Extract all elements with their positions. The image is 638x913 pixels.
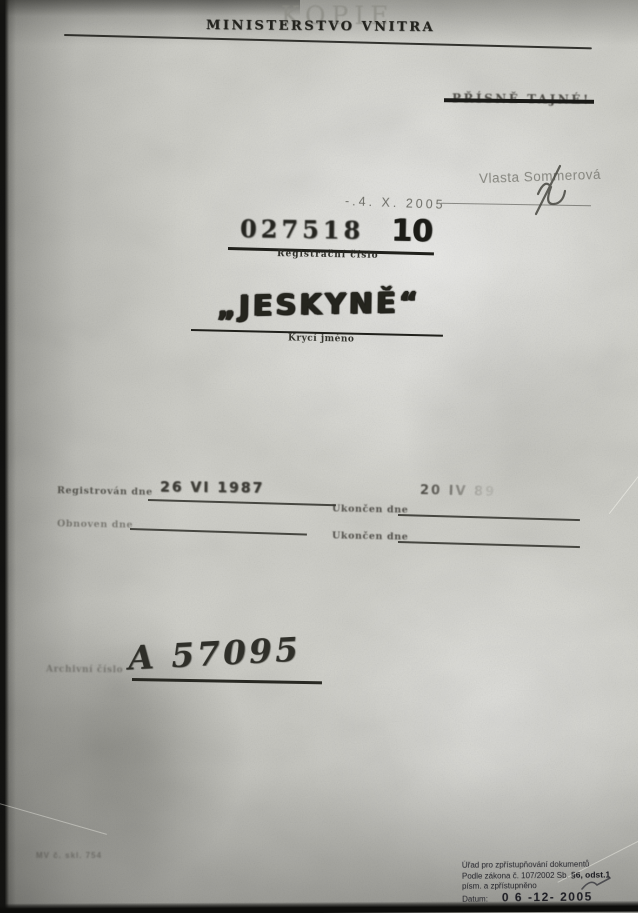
registered-date-stamp: 26 VI 1987 xyxy=(160,479,264,496)
ministry-header: MINISTERSTVO VNITRA xyxy=(206,18,435,35)
scan-scratch-line xyxy=(0,802,107,835)
date-value-stamp: 0 6 -12- 2005 xyxy=(502,892,593,903)
ended-date-line-second xyxy=(398,541,580,548)
archive-number-handwritten: A 57095 xyxy=(127,630,302,678)
archive-number-underline xyxy=(132,678,322,684)
handwritten-check-mark xyxy=(580,876,614,894)
scanned-registration-protocol-page: KOPIE MINISTERSTVO VNITRA PŘÍSNĚ TAJNÉ! … xyxy=(0,0,638,913)
scan-top-smudge xyxy=(0,0,300,16)
scan-edge-left xyxy=(0,0,9,913)
registration-number-label: Registrační číslo xyxy=(277,249,379,261)
renewed-date-label: Obnoven dne xyxy=(57,518,133,530)
registration-number: 027518 xyxy=(240,214,365,245)
declassification-law-line: Podle zákona č. 107/2002 Sb. §6, odst.1 xyxy=(462,869,638,882)
declassification-office-line: Úřad pro zpřístupňování dokumentů xyxy=(462,859,638,871)
scan-scratch-line xyxy=(557,834,638,883)
registration-number-suffix: 10 xyxy=(391,214,433,250)
codename-stamp: „JESKYNĚ“ xyxy=(217,286,421,323)
form-code: MV č. skl. 754 xyxy=(36,851,102,860)
date-label: Datum: xyxy=(462,895,488,905)
registered-date-label: Registrován dne xyxy=(57,485,153,498)
law-paragraph-ref: §6, odst.1 xyxy=(571,869,610,879)
scan-blotch-light xyxy=(400,260,638,560)
handwritten-signature xyxy=(520,162,582,220)
registered-date-line xyxy=(148,499,336,506)
declassification-stamp: Úřad pro zpřístupňování dokumentů Podle … xyxy=(462,859,638,905)
scan-scratch-line xyxy=(609,427,638,514)
codename-underline xyxy=(191,329,443,337)
classification-strikethrough xyxy=(444,98,594,103)
scan-blotch-dark xyxy=(30,640,250,870)
scan-noise-overlay xyxy=(0,0,638,913)
ended-date-stamp: 20 IV 89 xyxy=(420,483,497,500)
received-date-stamp: -.4. X. 2005 xyxy=(345,194,446,212)
classification-text: PŘÍSNĚ TAJNÉ! xyxy=(452,91,591,106)
scan-edge-left-shadow xyxy=(6,0,16,913)
approver-name-stamp: Vlasta Sommerová xyxy=(479,167,601,186)
header-rule xyxy=(64,34,592,50)
archive-number-label: Archivní číslo xyxy=(46,665,123,676)
registration-number-underline xyxy=(228,247,434,255)
signature-line xyxy=(441,203,591,207)
declassification-released-line: písm. a zpřístupněno xyxy=(462,880,638,892)
scan-edge-bottom xyxy=(0,901,638,913)
ended-date-label-second: Ukončen dne xyxy=(332,530,409,542)
ended-date-label-first: Ukončen dne xyxy=(332,503,409,515)
copy-watermark: KOPIE xyxy=(281,1,394,30)
renewed-date-line xyxy=(130,528,307,536)
declassification-date-row: Datum: 0 6 -12- 2005 xyxy=(462,891,638,905)
ended-date-line-first xyxy=(398,514,580,521)
codename-label: Krycí jméno xyxy=(288,333,355,344)
